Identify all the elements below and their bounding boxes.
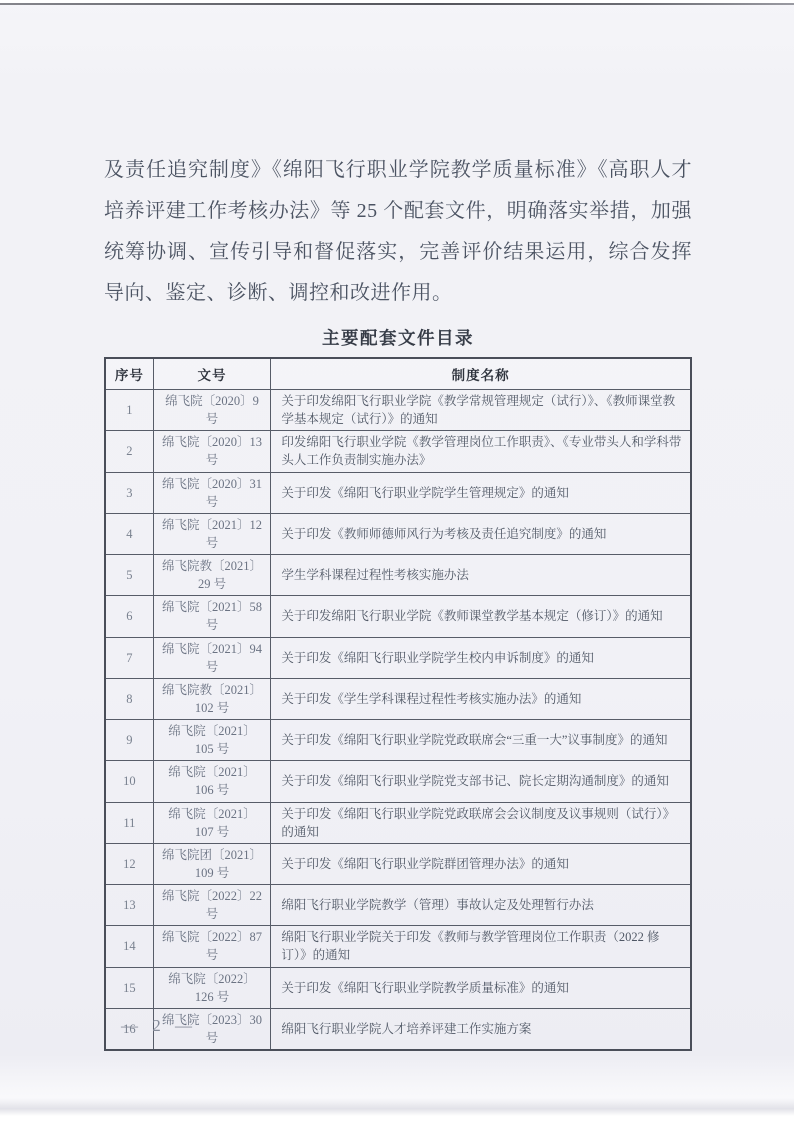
doc-number-cell: 绵飞院〔2020〕31 号 [153, 472, 271, 513]
doc-name-cell: 关于印发《教师师德师风行为考核及责任追究制度》的通知 [271, 513, 691, 554]
doc-number-cell: 绵飞院〔2022〕87 号 [153, 926, 271, 967]
table-header-row: 序号 文号 制度名称 [105, 358, 691, 390]
row-number-cell: 7 [105, 637, 153, 678]
row-number-cell: 8 [105, 678, 153, 719]
table-row: 5 绵飞院教〔2021〕29 号 学生学科课程过程性考核实施办法 [105, 555, 691, 596]
doc-name-cell: 关于印发《绵阳飞行职业学院学生管理规定》的通知 [271, 472, 691, 513]
table-row: 11 绵飞院〔2021〕107 号 关于印发《绵阳飞行职业学院党政联席会会议制度… [105, 802, 691, 843]
doc-number-cell: 绵飞院〔2021〕12 号 [153, 513, 271, 554]
doc-number-cell: 绵飞院〔2021〕58 号 [153, 596, 271, 637]
body-paragraph: 及责任追究制度》《绵阳飞行职业学院教学质量标准》《高职人才培养评建工作考核办法》… [104, 150, 692, 314]
column-header-docno: 文号 [153, 358, 271, 390]
table-title: 主要配套文件目录 [104, 325, 692, 350]
table-row: 14 绵飞院〔2022〕87 号 绵阳飞行职业学院关于印发《教师与教学管理岗位工… [105, 926, 691, 967]
table-row: 9 绵飞院〔2021〕105 号 关于印发《绵阳飞行职业学院党政联席会“三重一大… [105, 720, 691, 761]
doc-number-cell: 绵飞院〔2021〕94 号 [153, 637, 271, 678]
doc-number-cell: 绵飞院教〔2021〕102 号 [153, 678, 271, 719]
doc-name-cell: 关于印发《绵阳飞行职业学院党政联席会“三重一大”议事制度》的通知 [271, 720, 691, 761]
row-number-cell: 13 [105, 885, 153, 926]
page-content: 及责任追究制度》《绵阳飞行职业学院教学质量标准》《高职人才培养评建工作考核办法》… [104, 150, 692, 1051]
doc-name-cell: 绵阳飞行职业学院关于印发《教师与教学管理岗位工作职责（2022 修订）》的通知 [271, 926, 691, 967]
doc-name-cell: 关于印发《绵阳飞行职业学院群团管理办法》的通知 [271, 843, 691, 884]
table-row: 10 绵飞院〔2021〕106 号 关于印发《绵阳飞行职业学院党支部书记、院长定… [105, 761, 691, 802]
page-number: — 2 — [121, 1016, 197, 1036]
table-row: 1 绵飞院〔2020〕9 号 关于印发绵阳飞行职业学院《教学常规管理规定（试行）… [105, 390, 691, 431]
row-number-cell: 9 [105, 720, 153, 761]
table-row: 15 绵飞院〔2022〕126 号 关于印发《绵阳飞行职业学院教学质量标准》的通… [105, 967, 691, 1008]
row-number-cell: 2 [105, 431, 153, 472]
doc-name-cell: 关于印发《绵阳飞行职业学院党支部书记、院长定期沟通制度》的通知 [271, 761, 691, 802]
doc-name-cell: 关于印发《学生学科课程过程性考核实施办法》的通知 [271, 678, 691, 719]
table-row: 7 绵飞院〔2021〕94 号 关于印发《绵阳飞行职业学院学生校内申诉制度》的通… [105, 637, 691, 678]
doc-number-cell: 绵飞院〔2021〕105 号 [153, 720, 271, 761]
row-number-cell: 14 [105, 926, 153, 967]
documents-table: 序号 文号 制度名称 1 绵飞院〔2020〕9 号 关于印发绵阳飞行职业学院《教… [104, 357, 692, 1051]
scanned-page: 及责任追究制度》《绵阳飞行职业学院教学质量标准》《高职人才培养评建工作考核办法》… [0, 0, 794, 1122]
doc-name-cell: 绵阳飞行职业学院教学（管理）事故认定及处理暂行办法 [271, 885, 691, 926]
doc-number-cell: 绵飞院教〔2021〕29 号 [153, 555, 271, 596]
scan-top-edge-line [0, 3, 794, 5]
table-row: 6 绵飞院〔2021〕58 号 关于印发绵阳飞行职业学院《教师课堂教学基本规定（… [105, 596, 691, 637]
doc-name-cell: 关于印发《绵阳飞行职业学院教学质量标准》的通知 [271, 967, 691, 1008]
doc-name-cell: 关于印发《绵阳飞行职业学院党政联席会会议制度及议事规则（试行）》的通知 [271, 802, 691, 843]
doc-name-cell: 关于印发绵阳飞行职业学院《教师课堂教学基本规定（修订）》的通知 [271, 596, 691, 637]
column-header-no: 序号 [105, 358, 153, 390]
table-row: 13 绵飞院〔2022〕22 号 绵阳飞行职业学院教学（管理）事故认定及处理暂行… [105, 885, 691, 926]
row-number-cell: 1 [105, 390, 153, 431]
doc-number-cell: 绵飞院〔2020〕13 号 [153, 431, 271, 472]
doc-name-cell: 关于印发《绵阳飞行职业学院学生校内申诉制度》的通知 [271, 637, 691, 678]
doc-number-cell: 绵飞院〔2021〕106 号 [153, 761, 271, 802]
table-body: 1 绵飞院〔2020〕9 号 关于印发绵阳飞行职业学院《教学常规管理规定（试行）… [105, 390, 691, 1051]
doc-name-cell: 绵阳飞行职业学院人才培养评建工作实施方案 [271, 1008, 691, 1050]
doc-name-cell: 关于印发绵阳飞行职业学院《教学常规管理规定（试行）》、《教师课堂教学基本规定（试… [271, 390, 691, 431]
row-number-cell: 5 [105, 555, 153, 596]
doc-number-cell: 绵飞院团〔2021〕109 号 [153, 843, 271, 884]
row-number-cell: 12 [105, 843, 153, 884]
table-row: 12 绵飞院团〔2021〕109 号 关于印发《绵阳飞行职业学院群团管理办法》的… [105, 843, 691, 884]
row-number-cell: 4 [105, 513, 153, 554]
scan-bottom-shade [0, 1098, 794, 1122]
column-header-name: 制度名称 [271, 358, 691, 390]
row-number-cell: 3 [105, 472, 153, 513]
doc-number-cell: 绵飞院〔2020〕9 号 [153, 390, 271, 431]
row-number-cell: 6 [105, 596, 153, 637]
row-number-cell: 10 [105, 761, 153, 802]
doc-name-cell: 印发绵阳飞行职业学院《教学管理岗位工作职责》、《专业带头人和学科带头人工作负责制… [271, 431, 691, 472]
doc-number-cell: 绵飞院〔2022〕22 号 [153, 885, 271, 926]
doc-number-cell: 绵飞院〔2022〕126 号 [153, 967, 271, 1008]
table-row: 8 绵飞院教〔2021〕102 号 关于印发《学生学科课程过程性考核实施办法》的… [105, 678, 691, 719]
table-row: 2 绵飞院〔2020〕13 号 印发绵阳飞行职业学院《教学管理岗位工作职责》、《… [105, 431, 691, 472]
doc-name-cell: 学生学科课程过程性考核实施办法 [271, 555, 691, 596]
table-row: 4 绵飞院〔2021〕12 号 关于印发《教师师德师风行为考核及责任追究制度》的… [105, 513, 691, 554]
table-row: 3 绵飞院〔2020〕31 号 关于印发《绵阳飞行职业学院学生管理规定》的通知 [105, 472, 691, 513]
row-number-cell: 15 [105, 967, 153, 1008]
doc-number-cell: 绵飞院〔2021〕107 号 [153, 802, 271, 843]
row-number-cell: 11 [105, 802, 153, 843]
